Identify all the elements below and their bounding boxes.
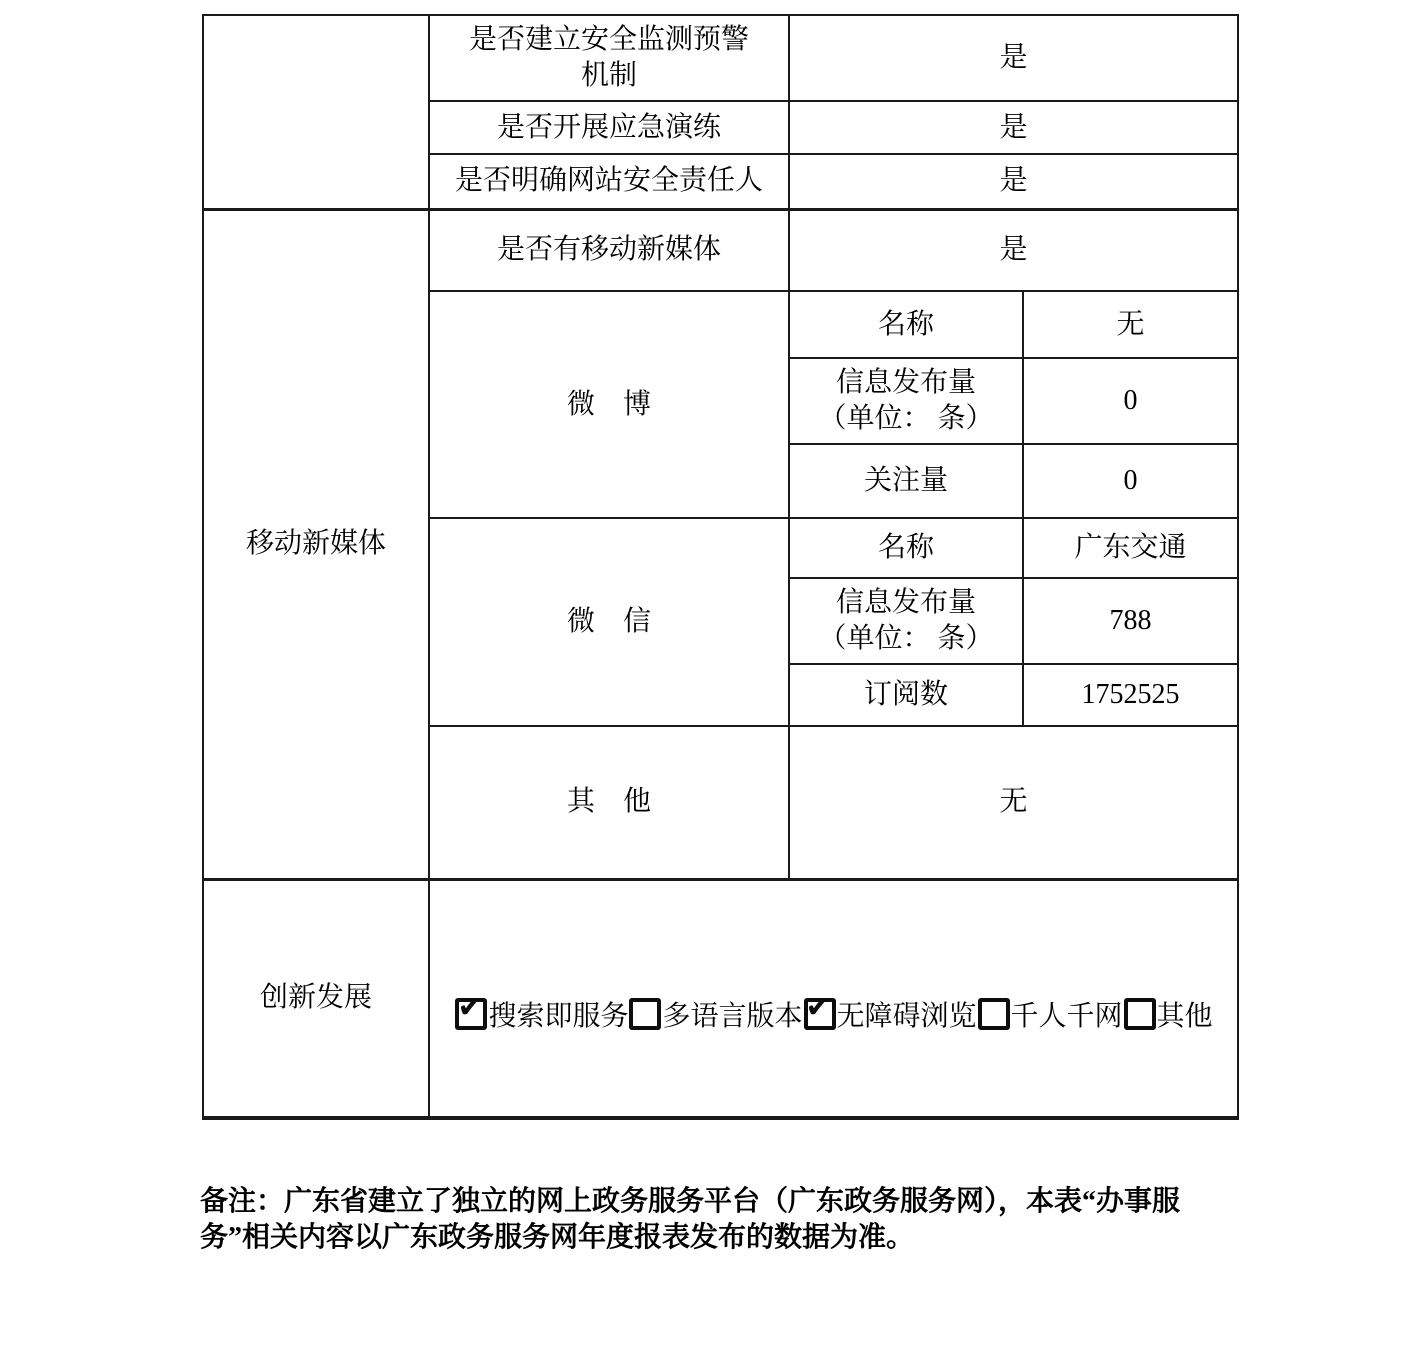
option-label-other: 其他	[1157, 1001, 1213, 1032]
option-label-personalized: 千人千网	[1011, 1001, 1123, 1032]
row-label-has-mobile-media: 是否有移动新媒体	[429, 209, 789, 291]
subcategory-cell-other: 其 他	[429, 726, 789, 879]
row-label-security-monitoring: 是否建立安全监测预警 机制	[429, 15, 789, 101]
checkbox-other[interactable]: ✔	[1124, 998, 1156, 1030]
subcategory-cell-weibo: 微 博	[429, 291, 789, 518]
wechat-posts-value: 788	[1023, 578, 1238, 664]
checkbox-search-as-service[interactable]: ✔	[455, 998, 487, 1030]
weibo-posts-label: 信息发布量 （单位： 条）	[789, 358, 1023, 444]
checkbox-multilingual[interactable]: ✔	[629, 998, 661, 1030]
row-label-security-responsible-person: 是否明确网站安全责任人	[429, 154, 789, 209]
wechat-name-label: 名称	[789, 518, 1023, 578]
check-icon: ✔	[457, 993, 482, 1023]
wechat-subscribers-label: 订阅数	[789, 664, 1023, 726]
row-value-emergency-drill: 是	[789, 101, 1238, 154]
report-page: 是否建立安全监测预警 机制 是 是否开展应急演练 是 是否明确网站安全责任人 是…	[0, 0, 1411, 1356]
innovation-options-cell: ✔搜索即服务✔多语言版本✔无障碍浏览✔千人千网✔其他	[429, 879, 1238, 1118]
category-cell-innovation: 创新发展	[203, 879, 429, 1118]
other-media-value: 无	[789, 726, 1238, 879]
wechat-subscribers-value: 1752525	[1023, 664, 1238, 726]
footnote-remark: 备注：广东省建立了独立的网上政务服务平台（广东政务服务网），本表“办事服 务”相…	[200, 1184, 1245, 1256]
category-cell-mobile-media: 移动新媒体	[203, 209, 429, 879]
row-label-emergency-drill: 是否开展应急演练	[429, 101, 789, 154]
wechat-posts-label: 信息发布量 （单位： 条）	[789, 578, 1023, 664]
checkbox-accessibility[interactable]: ✔	[804, 998, 836, 1030]
wechat-name-value: 广东交通	[1023, 518, 1238, 578]
weibo-name-value: 无	[1023, 291, 1238, 358]
weibo-followers-label: 关注量	[789, 444, 1023, 518]
row-value-has-mobile-media: 是	[789, 209, 1238, 291]
check-icon: ✔	[806, 993, 831, 1023]
option-label-accessibility: 无障碍浏览	[837, 1001, 977, 1032]
category-cell-empty	[203, 15, 429, 209]
weibo-followers-value: 0	[1023, 444, 1238, 518]
subcategory-cell-wechat: 微 信	[429, 518, 789, 726]
weibo-posts-value: 0	[1023, 358, 1238, 444]
option-label-search-as-service: 搜索即服务	[488, 1001, 628, 1032]
checkbox-personalized[interactable]: ✔	[978, 998, 1010, 1030]
row-value-security-responsible-person: 是	[789, 154, 1238, 209]
annual-report-table: 是否建立安全监测预警 机制 是 是否开展应急演练 是 是否明确网站安全责任人 是…	[202, 14, 1239, 1120]
innovation-options-line: ✔搜索即服务✔多语言版本✔无障碍浏览✔千人千网✔其他	[454, 1001, 1212, 1032]
option-label-multilingual: 多语言版本	[662, 1001, 802, 1032]
weibo-name-label: 名称	[789, 291, 1023, 358]
row-value-security-monitoring: 是	[789, 15, 1238, 101]
